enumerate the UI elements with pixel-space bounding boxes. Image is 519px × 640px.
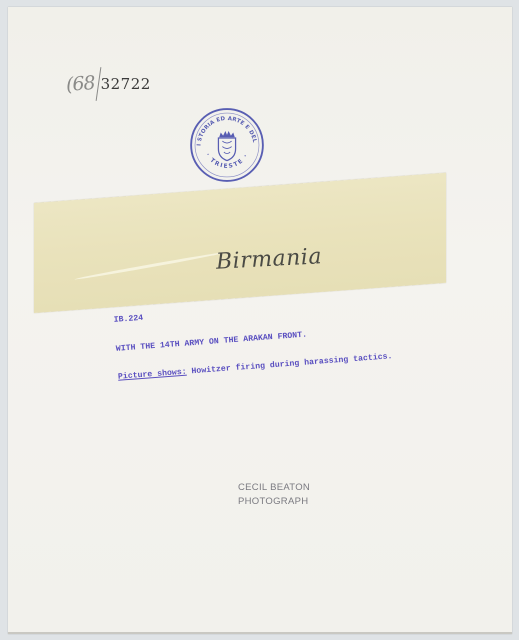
caption-headline: WITH THE 14TH ARMY ON THE ARAKAN FRONT. (116, 324, 391, 354)
photographer-label: PHOTOGRAPH (238, 495, 310, 509)
photographer-stamp: CECIL BEATON PHOTOGRAPH (238, 481, 310, 509)
caption-reference: IB.224 (113, 295, 388, 325)
svg-text:MUSEI CIVICI DI STORIA ED ARTE: MUSEI CIVICI DI STORIA ED ARTE E DEL RIS… (188, 106, 257, 146)
institution-stamp: MUSEI CIVICI DI STORIA ED ARTE E DEL RIS… (188, 106, 266, 184)
typed-caption: IB.224 WITH THE 14TH ARMY ON THE ARAKAN … (112, 276, 394, 401)
caption-description-label: Picture shows: (118, 368, 187, 382)
coat-of-arms-shield-icon (218, 131, 235, 161)
photographer-name: CECIL BEATON (238, 481, 310, 495)
stamp-seal-icon: MUSEI CIVICI DI STORIA ED ARTE E DEL RIS… (188, 106, 266, 184)
caption-description-row: Picture shows: Howitzer firing during ha… (118, 352, 393, 382)
archive-prefix: (68 (65, 72, 95, 96)
archive-digits: 32722 (101, 75, 151, 93)
photo-back-sheet: (68 32722 MUSEI CIVICI DI STORIA ED ARTE… (8, 7, 512, 634)
archive-number: (68 32722 (66, 67, 151, 101)
caption-description: Howitzer firing during harassing tactics… (191, 352, 393, 376)
